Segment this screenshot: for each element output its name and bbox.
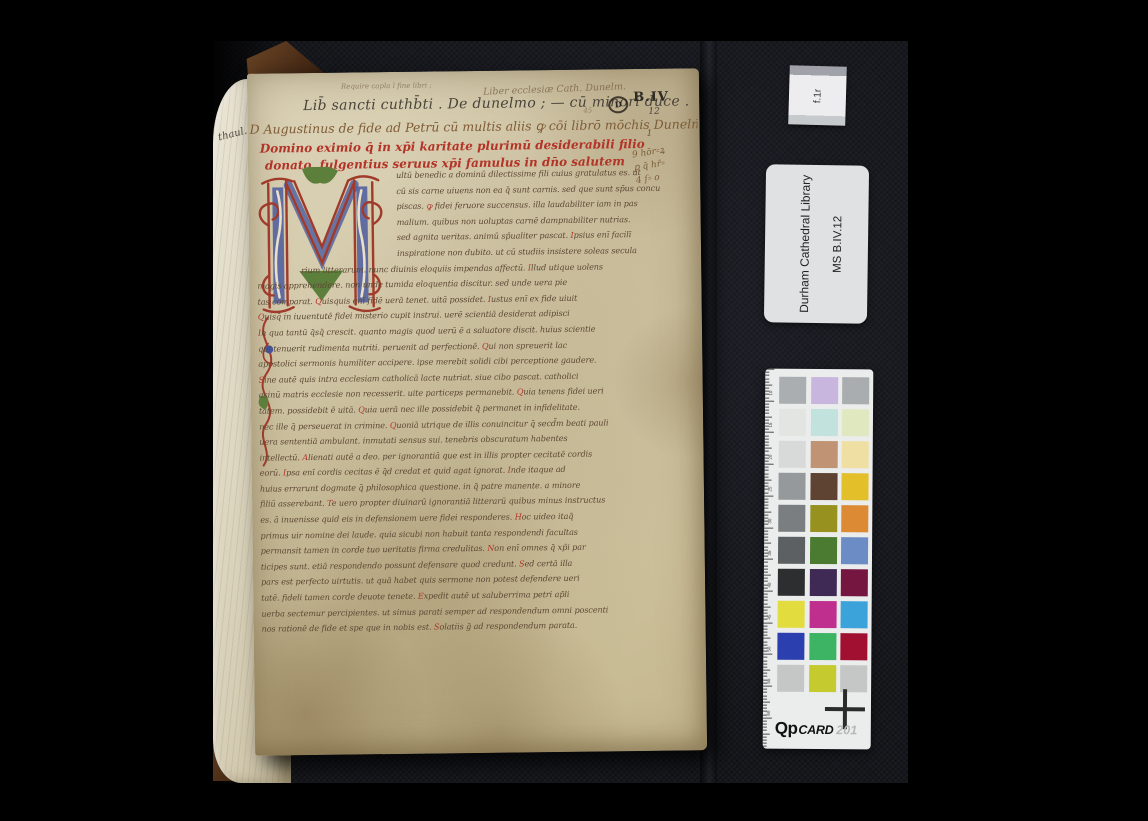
ruler-number: 30 [767, 519, 772, 524]
ruler-tick [763, 641, 767, 642]
ruler-number: 60 [766, 711, 771, 716]
ruler-tick [765, 384, 772, 385]
ruler-tick [765, 435, 769, 436]
shelfmark-letters: B.IV [633, 90, 669, 105]
ruler-tick [763, 632, 767, 633]
ruler-tick [763, 686, 772, 687]
ruler-number: 20 [768, 455, 773, 460]
color-swatch [809, 569, 836, 596]
ruler-tick [763, 667, 767, 668]
ruler-tick [763, 727, 767, 728]
manuscript-id-text: MS B.IV.12 [832, 216, 845, 273]
ruler-tick [765, 432, 774, 433]
color-swatch [810, 441, 837, 468]
manuscript-page: Require capla ī fine libri ; Liber eccle… [247, 68, 707, 755]
ruler-tick [765, 407, 769, 408]
color-swatch [777, 665, 804, 692]
color-swatch [779, 441, 806, 468]
color-swatch [810, 409, 837, 436]
ruler-tick [763, 736, 767, 737]
ruler-tick [764, 610, 768, 611]
ruler-tick [764, 594, 768, 595]
ruler-tick [765, 369, 774, 370]
color-swatch [778, 505, 805, 532]
ruler-tick [764, 578, 768, 579]
ruler-tick [764, 568, 768, 569]
ruler-tick [765, 419, 769, 420]
ruler-tick [763, 676, 767, 677]
ruler-tick [765, 473, 769, 474]
ruler-tick [764, 540, 768, 541]
ruler-tick [764, 511, 771, 512]
ruler-tick [765, 397, 769, 398]
color-swatch [809, 601, 836, 628]
flyleaf-writing-fragment: thaul. [217, 126, 248, 144]
color-swatch [841, 505, 868, 532]
ruler-tick [764, 533, 768, 534]
color-swatch [810, 505, 837, 532]
ruler-tick [764, 565, 768, 566]
ruler-tick [764, 613, 768, 614]
ruler-tick [764, 562, 768, 563]
ruler-tick [765, 403, 769, 404]
ruler-tick [765, 429, 769, 430]
color-swatch [809, 537, 836, 564]
ruler-tick [764, 502, 768, 503]
color-swatch [841, 473, 868, 500]
ex-libris-title: Lib̄ sancti cuthb̄ti . De dunelmo ; — cū… [303, 93, 689, 114]
folio-number-text: f.1r [812, 88, 823, 103]
color-swatch [809, 665, 836, 692]
ruler-tick [763, 724, 767, 725]
ruler-tick [765, 451, 769, 452]
ruler-tick [764, 514, 768, 515]
shelfmark-card: Durham Cathedral Library MS B.IV.12 [764, 164, 869, 323]
ruler-tick [763, 733, 770, 734]
ruler-tick [763, 638, 770, 639]
color-swatch [842, 409, 869, 436]
ruler-tick [764, 622, 773, 623]
ruler-tick [764, 543, 771, 544]
ruler-tick [765, 470, 769, 471]
ruler-tick [764, 508, 768, 509]
ruler-tick [764, 600, 768, 601]
ruler-tick [765, 400, 774, 401]
photograph-area: thaul. Require capla ī fine libri ; Libe… [213, 41, 908, 783]
ruler-tick [763, 673, 767, 674]
ruler-tick [765, 413, 769, 414]
color-swatch [842, 441, 869, 468]
ruler-tick [764, 546, 768, 547]
ruler-tick [765, 410, 769, 411]
ruler-tick [764, 524, 768, 525]
ruler-tick [763, 663, 767, 664]
ruler-tick [764, 495, 773, 496]
ruler-tick [764, 556, 768, 557]
color-swatch [779, 377, 806, 404]
ruler-tick [764, 527, 773, 528]
color-calibration-card: 1015202530354045505560 Qp CARD 201 [763, 369, 874, 750]
qpcard-logo: Qp CARD 201 [775, 719, 858, 740]
logo-card-text: CARD [798, 723, 833, 737]
photo-canvas: { "scene": {"background": "#000000", "fa… [0, 0, 1148, 821]
ruler-tick [763, 670, 770, 671]
ruler-tick [763, 705, 767, 706]
ruler-tick [765, 372, 769, 373]
ruler-tick [764, 575, 771, 576]
ruler-tick [763, 660, 767, 661]
incipit-line: D Augustinus de fide ad Petrū cū multis … [249, 115, 697, 137]
ruler-tick [763, 746, 767, 747]
ruler-tick [764, 591, 773, 592]
ruler-tick [764, 537, 768, 538]
color-swatch [777, 633, 804, 660]
ruler-tick [765, 438, 769, 439]
color-swatch [840, 633, 867, 660]
ruler-tick [763, 701, 770, 702]
ruler-tick [765, 467, 769, 468]
color-swatch [810, 473, 837, 500]
manuscript-body-text: ultū benedic a dominū dilectissime fili … [256, 164, 702, 655]
ruler-tick [765, 480, 772, 481]
circular-stamp: D [607, 95, 629, 114]
ruler-tick [763, 635, 767, 636]
rubric-line-1: Domino eximio q̄ in xp̄i karitate plurim… [260, 137, 645, 156]
ruler-tick [763, 717, 772, 718]
logo-qp-text: Qp [775, 719, 798, 739]
ruler-tick [764, 499, 768, 500]
ruler-tick [764, 629, 768, 630]
ruler-tick [763, 720, 767, 721]
color-swatch [779, 409, 806, 436]
ruler-tick [763, 689, 767, 690]
ruler-tick [763, 698, 767, 699]
ruler-tick [764, 530, 768, 531]
ruler-tick [763, 657, 767, 658]
ruler-tick [763, 739, 767, 740]
color-swatch [778, 537, 805, 564]
ruler-tick [765, 445, 769, 446]
color-swatch [778, 473, 805, 500]
ruler-tick [764, 559, 773, 560]
logo-model-text: 201 [836, 723, 857, 737]
ruler-tick [765, 464, 774, 465]
ruler-number: 25 [767, 487, 772, 492]
ruler-tick [765, 476, 769, 477]
ruler-tick [765, 388, 769, 389]
ruler-scale: 1015202530354045505560 [763, 369, 778, 749]
ruler-tick [764, 597, 768, 598]
ruler-tick [765, 483, 769, 484]
color-swatch [811, 377, 838, 404]
ruler-number: 45 [767, 615, 772, 620]
ruler-number: 50 [766, 647, 771, 652]
ruler-tick [763, 743, 767, 744]
ruler-tick [765, 375, 769, 376]
ruler-tick [763, 644, 767, 645]
library-name-text: Durham Cathedral Library [797, 175, 813, 313]
ruler-tick [764, 625, 768, 626]
color-swatch [778, 601, 805, 628]
ruler-tick [765, 416, 772, 417]
ruler-tick [765, 461, 769, 462]
ruler-tick [763, 730, 767, 731]
ruler-number: 10 [768, 391, 773, 396]
ruler-number: 40 [767, 583, 772, 588]
color-swatch-grid [777, 377, 869, 693]
ruler-tick [764, 606, 771, 607]
folio-number-label: f.1r [788, 65, 847, 126]
ruler-tick [765, 381, 769, 382]
color-swatch [809, 633, 836, 660]
ruler-tick [764, 492, 768, 493]
faint-inscription-left: Require capla ī fine libri ; [341, 82, 432, 91]
ruler-tick [763, 692, 767, 693]
ruler-tick [763, 654, 772, 655]
ruler-tick [765, 442, 769, 443]
ruler-tick [764, 603, 768, 604]
ruler-tick [764, 505, 768, 506]
ruler-tick [763, 708, 767, 709]
color-swatch [841, 601, 868, 628]
ruler-number: 55 [766, 679, 771, 684]
ruler-tick [764, 571, 768, 572]
ruler-tick [765, 378, 769, 379]
color-swatch [841, 569, 868, 596]
ruler-tick [765, 448, 772, 449]
ruler-number: 15 [768, 423, 773, 428]
color-swatch [842, 377, 869, 404]
ruler-tick [763, 695, 767, 696]
ruler-number: 35 [767, 551, 772, 556]
color-swatch [841, 537, 868, 564]
color-swatch [778, 569, 805, 596]
